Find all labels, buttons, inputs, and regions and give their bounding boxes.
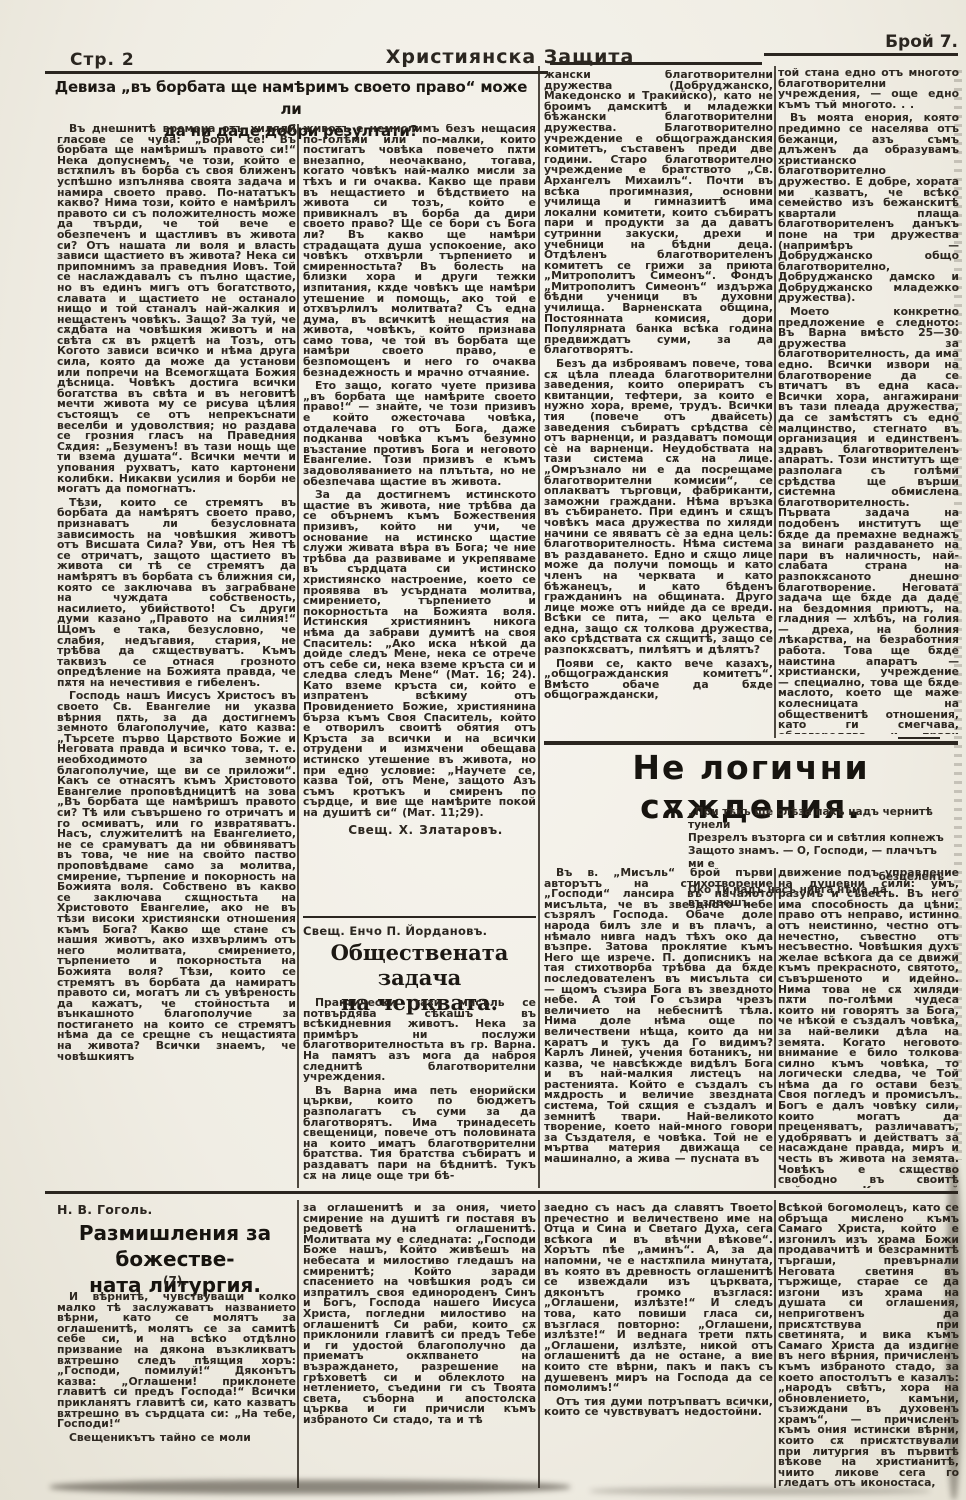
article-divider-rule [303, 916, 536, 918]
section-rule [544, 741, 958, 745]
paragraph: за оглашенитѣ и за ония, чието смирение … [303, 1203, 536, 1425]
column-divider [297, 124, 299, 1188]
article-illogical-column-4: движение подъ управление на душевни сили… [778, 868, 959, 1188]
newspaper-page: Стр. 2 Християнска Защита Брой 7. Девиза… [0, 0, 966, 1500]
paragraph: Въ Варна има петь енорийски църкви, коит… [303, 1086, 536, 1181]
masthead-rule-right [764, 53, 958, 56]
paragraph: движение подъ управление на душевни сили… [778, 868, 959, 1188]
paragraph: Въ моята енория, която предимно се насел… [778, 113, 959, 304]
article-church-column-2: Практически тази мисъль се потвърдява сѣ… [303, 998, 536, 1188]
paragraph: Свещеникътъ тайно се моли [57, 1433, 296, 1444]
scan-artifact [50, 1480, 570, 1494]
column-divider [774, 66, 776, 738]
article-liturgy-column-3: заедно съ насъ да славятъ Твоето пречест… [544, 1203, 773, 1485]
author-signature: Свещ. Х. Златаровъ. [303, 825, 536, 836]
epigraph-line: Презрелъ възторга си и свѣтлия копнежъ [688, 832, 944, 845]
issue-number: Брой 7. [790, 32, 958, 52]
column-divider [297, 1200, 299, 1488]
paragraph: Безъ да изброявамъ повече, това сѫ цѣла … [544, 359, 773, 656]
paragraph: Отъ тия думи потръпватъ всички, които се… [544, 1397, 773, 1418]
article-church-column-3: жански благотворителни дружества (Добруд… [544, 70, 773, 738]
scan-artifact [946, 1160, 962, 1500]
scan-artifact [954, 70, 962, 1160]
paragraph: Ето защо, когато чуете призива „въ борба… [303, 381, 536, 487]
scan-artifact [590, 1487, 930, 1495]
headline-line: Девиза „въ борбата ще намѣримъ своето пр… [50, 76, 532, 120]
article-illogical-column-3: Въ в. „Мисъль“ брой първи авторътъ на ст… [544, 868, 773, 1188]
bottom-section-rule [45, 1191, 958, 1194]
masthead-rule-left [45, 71, 548, 74]
paragraph: За да достигнемъ истинското щастие въ жи… [303, 490, 536, 818]
paragraph: Появи се, както вече казахъ, „общогражда… [544, 659, 773, 701]
article-motto-column-2: животъ е немислимъ безъ нещасия по-голѣм… [303, 124, 536, 912]
headline-line: Размишления за божестве- [48, 1220, 302, 1272]
paragraph: Господь нашъ Иисусъ Христосъ въ своето С… [57, 691, 296, 1062]
column-divider [774, 1200, 776, 1488]
paragraph: И вѣрнитѣ, чувствуващи колко малко тѣ за… [57, 1292, 296, 1430]
masthead-rule-middle [550, 62, 762, 65]
article-church-column-4: той стана едно отъ многото благотворител… [778, 68, 959, 734]
article-liturgy-column-4: Всѣкой богомолецъ, като се обръща мислен… [778, 1203, 959, 1491]
article-liturgy-column-1: И вѣрнитѣ, чувствуващи колко малко тѣ за… [57, 1292, 296, 1484]
paragraph: животъ е немислимъ безъ нещасия по-голѣм… [303, 124, 536, 378]
paragraph: Въ в. „Мисъль“ брой първи авторътъ на ст… [544, 868, 773, 1165]
paragraph: Всѣкой богомолецъ, като се обръща мислен… [778, 1203, 959, 1489]
article-liturgy-column-2: за оглашенитѣ и за ония, чието смирение … [303, 1203, 536, 1485]
article-church-byline: Свещ. Енчо П. Йордановъ. [303, 924, 487, 938]
paragraph: Практически тази мисъль се потвърдява сѣ… [303, 998, 536, 1083]
column-paragraphs: животъ е немислимъ безъ нещасия по-голѣм… [303, 124, 536, 819]
headline-line: Обществената задача [303, 940, 536, 990]
paragraph: заедно съ насъ да славятъ Твоето пречест… [544, 1203, 773, 1394]
column-divider [774, 868, 776, 1188]
article-end-dash [898, 737, 940, 739]
paragraph: Тѣзи, които се стремятъ въ борбата да на… [57, 498, 296, 689]
epigraph-line: „При тѣхъ ще слѣза пакъ надъ чернитѣ тун… [688, 806, 944, 832]
column-divider [538, 1200, 540, 1488]
article-motto-column-1: Въ днешнитѣ времена отъ хиляди гласове с… [57, 124, 296, 1188]
article-part-number: (7). [48, 1274, 302, 1288]
paragraph: Моето конкретно предложение е следното: … [778, 307, 959, 734]
paragraph: жански благотворителни дружества (Добруд… [544, 70, 773, 356]
article-liturgy-byline: Н. В. Гоголь. [57, 1202, 153, 1217]
column-divider [538, 66, 540, 1188]
paragraph: Въ днешнитѣ времена отъ хиляди гласове с… [57, 124, 296, 495]
page-number: Стр. 2 [70, 50, 135, 70]
paragraph: той стана едно отъ многото благотворител… [778, 68, 959, 110]
